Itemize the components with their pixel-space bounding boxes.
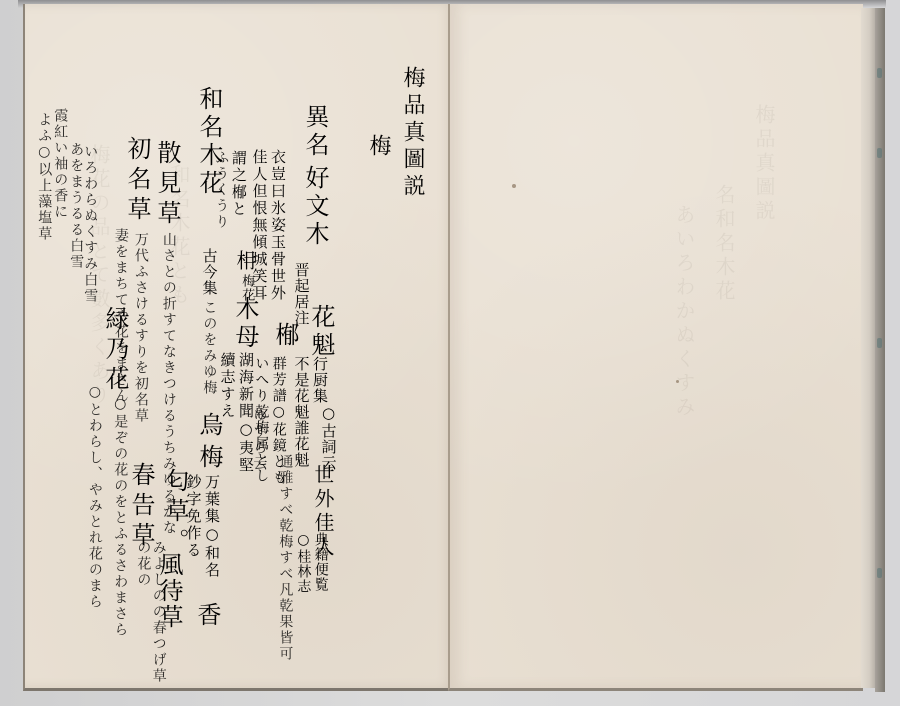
verse-kore: ○是ぞの花のをとふるさわまさら <box>111 396 129 638</box>
book-title: 梅品真圖説 <box>401 66 423 201</box>
term-tei: 㮋 <box>273 322 297 346</box>
annotation-kokinshu: 古今集 <box>201 248 218 296</box>
kokinshu-verse: このをみゆ梅 <box>201 300 216 396</box>
left-page: 梅花の品とて數多くあり 和名木花とも 梅品真圖説 梅 異名 好文木 晋起居注 花… <box>23 4 453 691</box>
term-kinohana: 木花 <box>197 142 221 198</box>
harutsugegusa-verse: みよしのの春つげ草の花の <box>135 540 166 688</box>
term-midorinohana: 緑乃花 <box>103 306 127 396</box>
annotation-manyoshu: 万葉集○和名 鈔字免作る <box>185 474 220 579</box>
term-ubai: 烏梅 <box>197 412 221 476</box>
term-wamei: 和名 <box>197 86 221 142</box>
section-heading: 梅 <box>367 134 389 156</box>
term-mokubo: 木母 <box>233 296 257 352</box>
cover-edge <box>875 8 885 692</box>
text-column-2-lead: 衣豈曰氷姿玉骨世外 佳人但恨無傾城笑耳 <box>251 149 286 302</box>
term-hatsunagusa: 初名草 <box>125 136 149 226</box>
term-nan: 枏 <box>235 250 255 270</box>
book-spread: 梅花の品とて數多くあり 和名木花とも 梅品真圖説 梅 異名 好文木 晋起居注 花… <box>18 4 886 694</box>
annotation-tsuga: 通雅すべ乾梅すべ凡乾果皆可 <box>277 454 292 662</box>
term-harutsugegusa: 春告草 <box>129 462 153 552</box>
annotation-yusura: ゆすら云 <box>251 408 266 472</box>
show-through-text: あいろわかぬくすみ <box>670 204 699 420</box>
annotation-tenseki: 典籍便覧 ○桂林志 <box>295 532 328 594</box>
term-ka: 香 <box>195 602 219 626</box>
verse-aomauru: あをまうるる白雪 <box>67 142 85 270</box>
annotation-kokai: 湖海新聞○夷堅 續志すえ <box>219 352 254 474</box>
term-kobunboku: 好文木 <box>301 165 329 249</box>
term-kakai: 花魁 <box>309 304 333 360</box>
show-through-text: 梅品真圖説 <box>750 104 779 224</box>
hatsunagusa-verse: 万代ふさけるすりを初名草 <box>131 232 150 424</box>
term-sankenso: 散見草 <box>155 140 179 230</box>
show-through-text: 名和名木花 <box>710 184 739 304</box>
verse-moshiogusa: よふ○以上藻塩草 <box>35 112 53 242</box>
paper-speck <box>676 380 679 383</box>
term-imei: 異名 <box>301 104 329 160</box>
annotation-koshi: ○古詞云 <box>320 404 337 471</box>
text-column-1: 異名 好文木 <box>303 104 327 249</box>
verse-kasumi: 霞紅い袖の香に <box>51 108 69 220</box>
paper-speck <box>512 184 516 188</box>
right-page: あいろわかぬくすみ 名和名木花 梅品真圖説 <box>448 4 863 691</box>
verse-towarashi: ○とわらし、やみとれ花のまら <box>85 384 104 610</box>
